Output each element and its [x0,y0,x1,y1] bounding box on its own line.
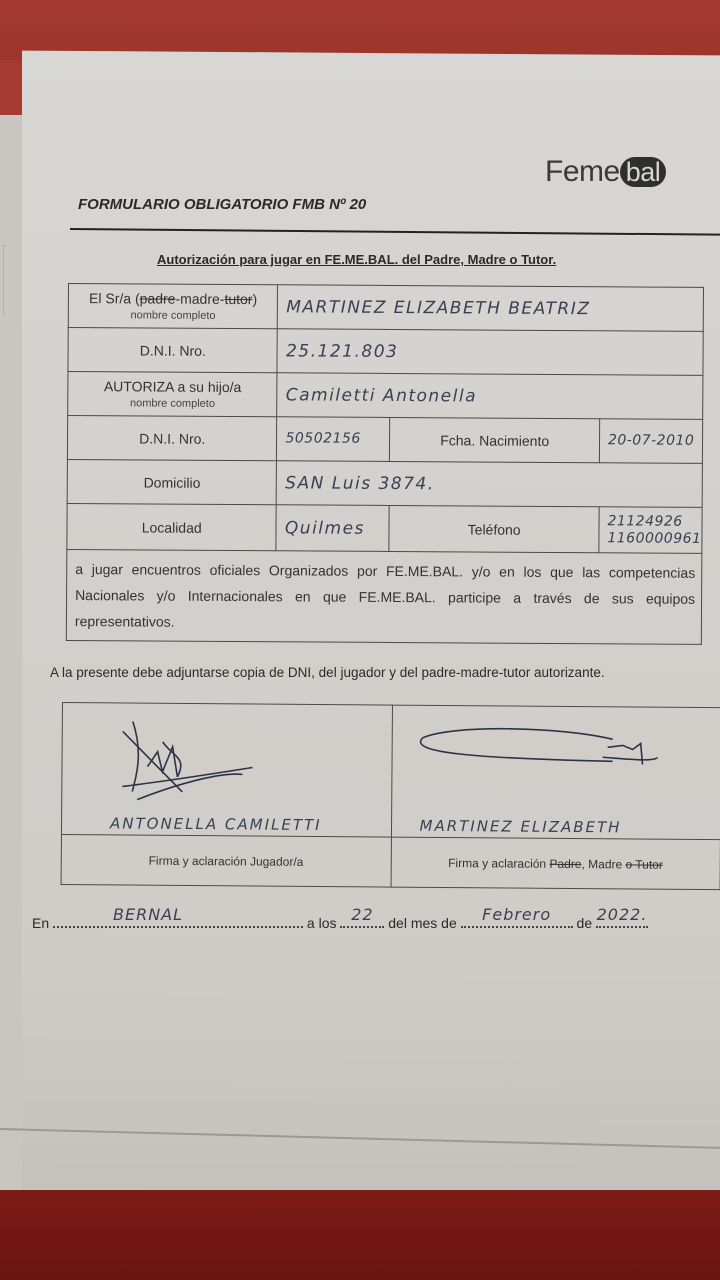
table-surface-bottom [0,1190,720,1280]
guardian-dni-label: D.N.I. Nro. [68,328,278,373]
authorization-text-row: a jugar encuentros oficiales Organizados… [66,549,702,644]
player-signature-caption: Firma y aclaración Jugador/a [61,834,391,887]
femebal-logo: Femebal [545,155,666,189]
guardian-dni-field[interactable]: 25.121.803 [277,329,703,376]
child-name-row: AUTORIZA a su hijo/a nombre completo Cam… [68,372,703,420]
authorization-text: a jugar encuentros oficiales Organizados… [66,549,702,644]
child-label-cell: AUTORIZA a su hijo/a nombre completo [68,372,278,417]
form-title: FORMULARIO OBLIGATORIO FMB Nº 20 [78,196,366,213]
player-printed-name: ANTONELLA CAMILETTI [110,814,322,834]
signature-table: ANTONELLA CAMILETTI MARTINEZ ELIZABETH F… [61,702,720,890]
phone-field[interactable]: 21124926 1160000961 [599,507,702,554]
guardian-dni-row: D.N.I. Nro. 25.121.803 [68,328,703,376]
phone-1: 21124926 [607,513,701,531]
city-label: Localidad [67,503,277,550]
guardian-signature-caption: Firma y aclaración Padre, Madre o Tutor [391,837,720,890]
address-row: Domicilio SAN Luis 3874. [67,459,702,507]
attachment-notice: A la presente debe adjuntarse copia de D… [50,665,605,680]
guardian-name-field[interactable]: MARTINEZ ELIZABETH BEATRIZ [278,285,704,332]
city-field[interactable]: Quilmes [276,505,389,552]
strike-tutor: tutor [224,291,252,307]
child-sublabel: nombre completo [68,397,277,410]
child-name-field[interactable]: Camiletti Antonella [277,373,703,420]
birth-date-field[interactable]: 20-07-2010 [599,419,702,464]
logo-pill: bal [620,157,667,187]
edge-marks [3,245,9,315]
guardian-signature-icon [412,718,662,780]
child-dni-label: D.N.I. Nro. [67,416,277,461]
day-field[interactable]: 22 [340,912,384,928]
address-label: Domicilio [67,459,277,504]
guardian-label-cell: El Sr/a (padre-madre-tutor) nombre compl… [68,284,278,329]
child-dni-row: D.N.I. Nro. 50502156 Fcha. Nacimiento 20… [67,416,702,464]
year-field[interactable]: 2022. [596,912,648,928]
guardian-sublabel: nombre completo [69,309,278,322]
strike-padre: padre [140,290,176,306]
phone-label: Teléfono [389,505,599,552]
player-signature-icon [102,711,283,802]
guardian-printed-name: MARTINEZ ELIZABETH [419,817,621,837]
month-field[interactable]: Febrero [461,912,573,928]
guardian-signature-cell[interactable]: MARTINEZ ELIZABETH [391,705,720,840]
city-phone-row: Localidad Quilmes Teléfono 21124926 1160… [67,503,702,553]
place-field[interactable]: BERNAL [53,912,303,928]
player-signature-cell[interactable]: ANTONELLA CAMILETTI [61,703,392,838]
address-field[interactable]: SAN Luis 3874. [277,461,703,508]
date-line: En BERNAL a los 22 del mes de Febrero de… [32,912,648,931]
logo-text: Feme [545,155,620,188]
form-subtitle: Autorización para jugar en FE.ME.BAL. de… [157,252,556,267]
birth-date-label: Fcha. Nacimiento [390,417,600,462]
authorization-table: El Sr/a (padre-madre-tutor) nombre compl… [66,283,704,645]
phone-2: 1160000961 [607,530,701,548]
guardian-name-row: El Sr/a (padre-madre-tutor) nombre compl… [68,284,703,332]
child-dni-field[interactable]: 50502156 [277,417,390,462]
